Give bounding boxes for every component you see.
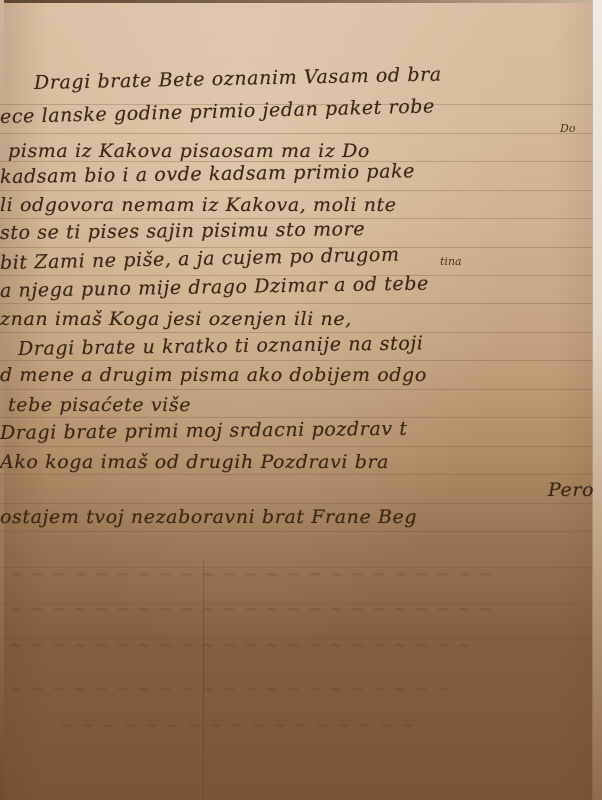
letter-line: Ako koga imaš od drugih Pozdravi bra <box>0 451 389 473</box>
letter-line: ece lanske godine primio jedan paket rob… <box>0 95 435 128</box>
letter-line: a njega puno mije drago Dzimar a od tebe <box>0 273 429 302</box>
letter-body: Dragi brate Bete oznanim Vasam od bra ec… <box>0 0 593 800</box>
letter-line: sto se ti pises sajin pisimu sto more <box>0 218 365 244</box>
letter-line: Dragi brate primi moj srdacni pozdrav t <box>0 418 408 444</box>
letter-line: pisma iz Kakova pisaosam ma iz Do <box>8 140 370 162</box>
letter-closing-signature: ostajem tvoj nezaboravni brat Frane Beg <box>0 506 417 528</box>
interlinear-insertion: Do <box>560 122 575 135</box>
interlinear-insertion: tina <box>440 255 462 268</box>
letter-line: li odgovora nemam iz Kakova, moli nte <box>0 194 397 216</box>
letter-line: Dragi brate u kratko ti oznanije na stoj… <box>18 332 424 360</box>
letter-line: tebe pisaćete više <box>8 394 191 416</box>
letter-photo: ~ ~ ~ ~ ~ ~ ~ ~ ~ ~ ~ ~ ~ ~ ~ ~ ~ ~ ~ ~ … <box>0 0 602 800</box>
letter-line: znan imaš Koga jesi ozenjen ili ne, <box>0 308 352 330</box>
letter-line: d mene a drugim pisma ako dobijem odgo <box>0 364 427 386</box>
letter-line: Dragi brate Bete oznanim Vasam od bra <box>34 63 442 94</box>
letter-line: Pero <box>548 479 594 501</box>
letter-line: bit Zami ne piše, a ja cujem po drugom <box>0 244 400 274</box>
letter-line: kadsam bio i a ovde kadsam primio pake <box>0 160 415 188</box>
page-right-edge-strip <box>592 0 602 800</box>
